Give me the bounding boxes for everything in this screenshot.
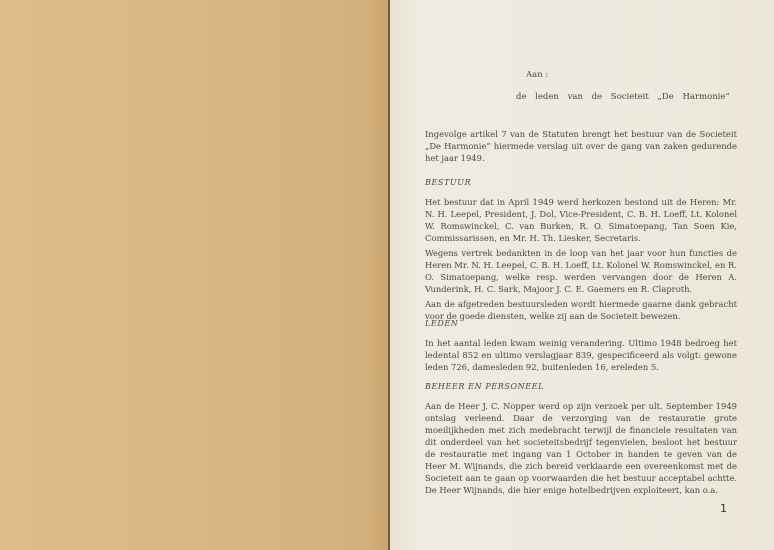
bestuur-paragraph-3: Aan de afgetreden bestuursleden wordt hi…	[425, 298, 737, 322]
heading-leden: LEDEN	[425, 319, 458, 328]
left-page-cover	[0, 0, 388, 550]
beheer-paragraph: Aan de Heer J. C. Nopper werd op zijn ve…	[425, 400, 737, 496]
intro-text: Ingevolge artikel 7 van de Statuten bren…	[425, 128, 737, 164]
address-aan: Aan :	[526, 70, 548, 80]
section-beheer: Aan de Heer J. C. Nopper werd op zijn ve…	[425, 400, 737, 499]
heading-beheer-en-personeel: BEHEER EN PERSONEEL	[425, 382, 544, 391]
address-recipient: de leden van de Societeit „De Harmonie”	[516, 92, 762, 102]
leden-paragraph: In het aantal leden kwam weinig verander…	[425, 337, 737, 373]
page-number: 1	[720, 502, 727, 515]
right-page: Aan : de leden van de Societeit „De Harm…	[390, 0, 774, 550]
intro-paragraph: Ingevolge artikel 7 van de Statuten bren…	[425, 128, 737, 167]
section-bestuur: Het bestuur dat in April 1949 werd herko…	[425, 196, 737, 325]
bestuur-paragraph-2: Wegens vertrek bedankten in de loop van …	[425, 247, 737, 295]
bestuur-paragraph-1: Het bestuur dat in April 1949 werd herko…	[425, 196, 737, 244]
section-leden: In het aantal leden kwam weinig verander…	[425, 337, 737, 376]
heading-bestuur: BESTUUR	[425, 178, 471, 187]
